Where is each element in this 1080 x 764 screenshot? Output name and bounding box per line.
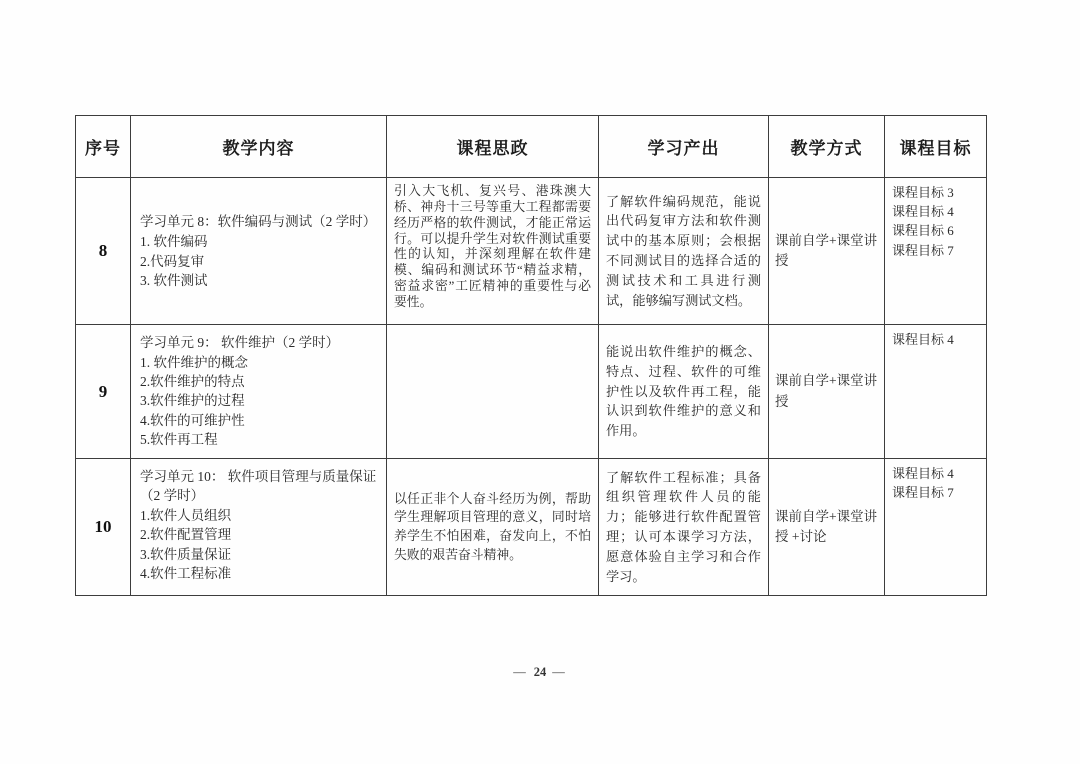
- learning-output-cell: 能说出软件维护的概念、特点、过程、软件的可维护性以及软件再工程，能认识到软件维护…: [599, 325, 769, 459]
- row-number: 9: [76, 325, 131, 459]
- course-objective: 课程目标 4: [892, 202, 982, 221]
- header-ideology: 课程思政: [387, 116, 599, 178]
- unit-title: 学习单元 9： 软件维护（2 学时）: [140, 333, 380, 352]
- syllabus-table: 序号 教学内容 课程思政 学习产出 教学方式 课程目标 8 学习单元 8：软件编…: [75, 115, 987, 596]
- teaching-content-cell: 学习单元 10： 软件项目管理与质量保证（2 学时） 1.软件人员组织 2.软件…: [131, 459, 387, 596]
- teaching-content-cell: 学习单元 8：软件编码与测试（2 学时） 1. 软件编码 2.代码复审 3. 软…: [131, 178, 387, 325]
- ideology-cell: [387, 325, 599, 459]
- document-page: 序号 教学内容 课程思政 学习产出 教学方式 课程目标 8 学习单元 8：软件编…: [0, 0, 1080, 764]
- ideology-cell: 以任正非个人奋斗经历为例，帮助学生理解项目管理的意义，同时培养学生不怕困难，奋发…: [387, 459, 599, 596]
- teaching-method-cell: 课前自学+课堂讲授 +讨论: [769, 459, 885, 596]
- course-objectives-cell: 课程目标 4: [885, 325, 987, 459]
- teaching-content-cell: 学习单元 9： 软件维护（2 学时） 1. 软件维护的概念 2.软件维护的特点 …: [131, 325, 387, 459]
- learning-output-cell: 了解软件工程标准；具备组织管理软件人员的能力；能够进行软件配置管理；认可本课学习…: [599, 459, 769, 596]
- header-course-objectives: 课程目标: [885, 116, 987, 178]
- footer-dash-left: —: [513, 665, 528, 679]
- header-teaching-content: 教学内容: [131, 116, 387, 178]
- header-seq: 序号: [76, 116, 131, 178]
- unit-item: 1. 软件维护的概念: [140, 353, 380, 372]
- unit-item: 2.代码复审: [140, 252, 380, 271]
- teaching-method-cell: 课前自学+课堂讲授: [769, 325, 885, 459]
- syllabus-table-wrap: 序号 教学内容 课程思政 学习产出 教学方式 课程目标 8 学习单元 8：软件编…: [75, 115, 986, 596]
- course-objective: 课程目标 3: [892, 183, 982, 202]
- page-footer: —24—: [0, 665, 1080, 680]
- learning-output-text: 了解软件编码规范，能说出代码复审方法和软件测试中的基本原则；会根据不同测试目的选…: [606, 192, 761, 311]
- table-row-unit-9: 9 学习单元 9： 软件维护（2 学时） 1. 软件维护的概念 2.软件维护的特…: [76, 325, 987, 459]
- row-number: 8: [76, 178, 131, 325]
- unit-item: 4.软件的可维护性: [140, 411, 380, 430]
- learning-output-cell: 了解软件编码规范，能说出代码复审方法和软件测试中的基本原则；会根据不同测试目的选…: [599, 178, 769, 325]
- course-objective: 课程目标 6: [892, 221, 982, 240]
- table-row-unit-10: 10 学习单元 10： 软件项目管理与质量保证（2 学时） 1.软件人员组织 2…: [76, 459, 987, 596]
- footer-dash-right: —: [552, 665, 567, 679]
- course-objective: 课程目标 4: [892, 330, 982, 349]
- unit-item: 1.软件人员组织: [140, 506, 380, 525]
- page-number: 24: [534, 665, 547, 679]
- course-objective: 课程目标 7: [892, 241, 982, 260]
- unit-item: 4.软件工程标准: [140, 564, 380, 583]
- course-objectives-cell: 课程目标 4 课程目标 7: [885, 459, 987, 596]
- teaching-method-text: 课前自学+课堂讲授: [775, 231, 878, 272]
- unit-title: 学习单元 8：软件编码与测试（2 学时）: [140, 212, 380, 231]
- unit-item: 3.软件质量保证: [140, 545, 380, 564]
- ideology-text: 以任正非个人奋斗经历为例，帮助学生理解项目管理的意义，同时培养学生不怕困难，奋发…: [394, 490, 591, 564]
- teaching-method-text: 课前自学+课堂讲授: [775, 371, 878, 412]
- course-objective: 课程目标 7: [892, 483, 982, 502]
- header-row: 序号 教学内容 课程思政 学习产出 教学方式 课程目标: [76, 116, 987, 178]
- header-teaching-method: 教学方式: [769, 116, 885, 178]
- table-row-unit-8: 8 学习单元 8：软件编码与测试（2 学时） 1. 软件编码 2.代码复审 3.…: [76, 178, 987, 325]
- unit-item: 5.软件再工程: [140, 430, 380, 449]
- row-number: 10: [76, 459, 131, 596]
- ideology-cell: 引入大飞机、复兴号、港珠澳大桥、神舟十三号等重大工程都需要经历严格的软件测试，才…: [387, 178, 599, 325]
- unit-item: 3. 软件测试: [140, 271, 380, 290]
- course-objectives-cell: 课程目标 3 课程目标 4 课程目标 6 课程目标 7: [885, 178, 987, 325]
- unit-title: 学习单元 10： 软件项目管理与质量保证（2 学时）: [140, 467, 380, 505]
- course-objective: 课程目标 4: [892, 464, 982, 483]
- header-learning-output: 学习产出: [599, 116, 769, 178]
- ideology-text: 引入大飞机、复兴号、港珠澳大桥、神舟十三号等重大工程都需要经历严格的软件测试，才…: [394, 184, 591, 311]
- unit-item: 3.软件维护的过程: [140, 391, 380, 410]
- learning-output-text: 能说出软件维护的概念、特点、过程、软件的可维护性以及软件再工程，能认识到软件维护…: [606, 342, 761, 441]
- unit-item: 2.软件维护的特点: [140, 372, 380, 391]
- teaching-method-text: 课前自学+课堂讲授 +讨论: [775, 507, 878, 548]
- teaching-method-cell: 课前自学+课堂讲授: [769, 178, 885, 325]
- learning-output-text: 了解软件工程标准；具备组织管理软件人员的能力；能够进行软件配置管理；认可本课学习…: [606, 468, 761, 587]
- unit-item: 1. 软件编码: [140, 232, 380, 251]
- unit-item: 2.软件配置管理: [140, 525, 380, 544]
